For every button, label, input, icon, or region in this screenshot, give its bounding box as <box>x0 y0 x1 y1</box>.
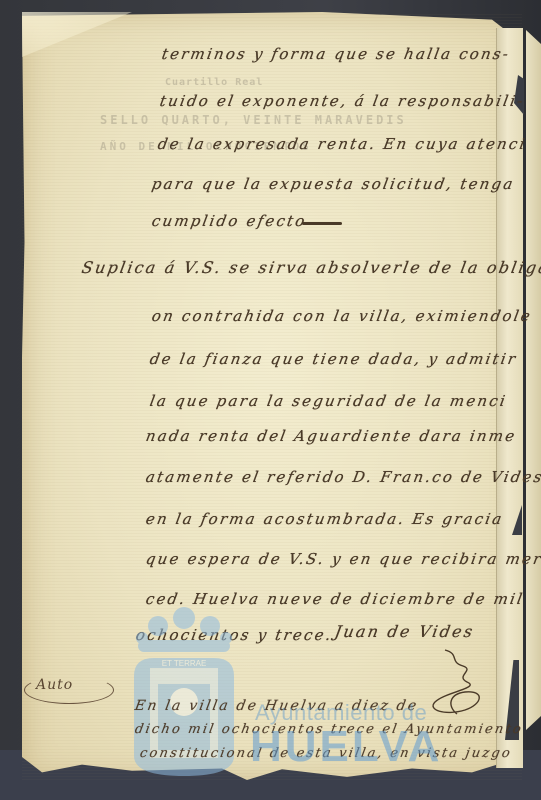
line-filler-dash <box>302 222 342 225</box>
text-line: cumplido efecto <box>150 212 308 230</box>
text-line: nada renta del Aguardiente dara inme <box>144 427 518 445</box>
text-line: que espera de V.S. y en que recibira mer… <box>144 550 541 568</box>
signature: Juan de Vides <box>333 622 476 641</box>
text-line: de la expresada renta. En cuya atenci <box>156 135 528 153</box>
text-line: on contrahida con la villa, eximiendole <box>150 307 533 325</box>
text-line: atamente el referido D. Fran.co de Vides <box>144 468 541 486</box>
crest-motto: ET TERRAE <box>162 659 207 668</box>
text-line: terminos y forma que se halla cons- <box>160 45 511 63</box>
text-line: para que la expuesta solicitud, tenga <box>150 175 516 193</box>
watermark-huelva: HUELVA <box>250 722 442 772</box>
text-line: de la fianza que tiene dada, y admitir <box>148 350 518 368</box>
bleed-stamp-line: Cuartillo Real <box>165 77 263 88</box>
text-line: la que para la seguridad de la menci <box>148 392 508 410</box>
text-line: tuido el exponente, á la responsabili- <box>158 92 526 110</box>
margin-note-auto: Auto <box>36 677 73 693</box>
text-line-suplica: Suplica á V.S. se sirva absolverle de la… <box>80 258 541 277</box>
bleed-stamp-line: SELLO QUARTO, VEINTE MARAVEDIS <box>100 113 407 127</box>
text-line: en la forma acostumbrada. Es gracia <box>144 510 505 528</box>
